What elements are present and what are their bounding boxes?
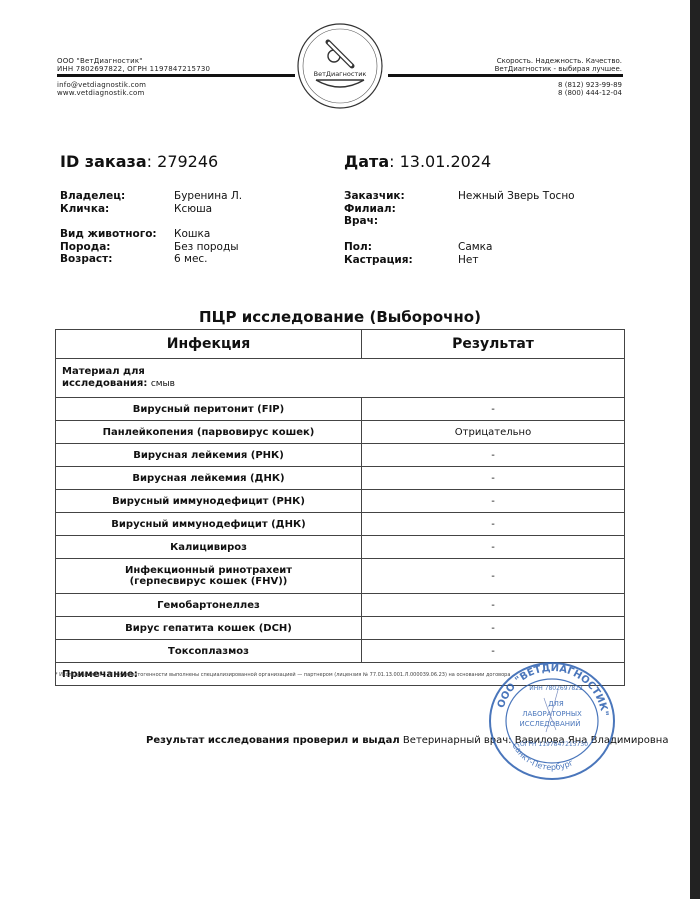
table-row: Панлейкопения (парвовирус кошек)Отрицате… [56, 421, 625, 444]
footnote: * Исследования III - IV групп патогеннос… [55, 672, 510, 678]
company-name: ООО "ВетДиагностик" [57, 57, 210, 65]
customer-value: Нежный Зверь Тосно [458, 190, 575, 203]
age-value: 6 мес. [174, 253, 208, 266]
company-logo: ВетДиагностик [296, 22, 384, 110]
table-row: Вирусный перитонит (FIP)- [56, 398, 625, 421]
slogan-line-2: ВетДиагностик - выбирая лучшее. [495, 65, 622, 73]
castration-value: Нет [458, 254, 478, 267]
branch-label: Филиал: [344, 203, 458, 216]
species-label: Вид животного: [60, 228, 174, 241]
svg-text:ИССЛЕДОВАНИЙ: ИССЛЕДОВАНИЙ [519, 719, 580, 728]
stamp-icon: ООО "ВЕТДИАГНОСТИК" Санкт-Петербург ДЛЯ … [486, 660, 618, 782]
table-row: Вирусная лейкемия (ДНК)- [56, 467, 625, 490]
order-date: Дата: 13.01.2024 [344, 152, 491, 171]
animal-info-right: Пол:Самка Кастрация:Нет [344, 241, 492, 266]
animal-info-left: Вид животного:Кошка Порода:Без породы Во… [60, 228, 239, 266]
doctor-label: Врач: [344, 215, 458, 228]
website-link[interactable]: www.vetdiagnostik.com [57, 89, 210, 97]
company-reg: ИНН 7802697822, ОГРН 1197847215730 [57, 65, 210, 73]
age-label: Возраст: [60, 253, 174, 266]
patient-info-left: Владелец:Буренина Л. Кличка:Ксюша [60, 190, 242, 215]
email-link[interactable]: info@vetdiagnostik.com [57, 81, 210, 89]
table-row: Вирусный иммунодефицит (ДНК)- [56, 513, 625, 536]
phone-1[interactable]: 8 (812) 923-99-89 [495, 81, 622, 89]
slogan-line-1: Скорость. Надежность. Качество. [495, 57, 622, 65]
breed-label: Порода: [60, 241, 174, 254]
table-row: Вирусный иммунодефицит (РНК)- [56, 490, 625, 513]
customer-label: Заказчик: [344, 190, 458, 203]
order-id-value: : 279246 [147, 152, 219, 171]
table-title: ПЦР исследование (Выборочно) [55, 308, 625, 326]
castration-label: Кастрация: [344, 254, 458, 267]
svg-text:ИНН 7802697822: ИНН 7802697822 [529, 685, 583, 692]
header-rule-left [57, 74, 295, 77]
viewer-edge [690, 0, 700, 899]
company-info: ООО "ВетДиагностик" ИНН 7802697822, ОГРН… [57, 57, 210, 97]
pcr-results-table: Инфекция Результат Материал для исследов… [55, 329, 625, 686]
column-header-infection: Инфекция [56, 330, 362, 359]
species-value: Кошка [174, 228, 210, 241]
order-date-value: : 13.01.2024 [389, 152, 491, 171]
table-row: Инфекционный ринотрахеит(герпесвирус кош… [56, 559, 625, 594]
order-info-right: Заказчик:Нежный Зверь Тосно Филиал: Врач… [344, 190, 575, 228]
phone-2[interactable]: 8 (800) 444-12-04 [495, 89, 622, 97]
company-slogan: Скорость. Надежность. Качество. ВетДиагн… [495, 57, 622, 97]
sex-label: Пол: [344, 241, 458, 254]
sex-value: Самка [458, 241, 492, 254]
order-id: ID заказа: 279246 [60, 152, 218, 171]
svg-text:ОГРН 1197847215730: ОГРН 1197847215730 [520, 741, 588, 748]
table-row: Калицивироз- [56, 536, 625, 559]
column-header-result: Результат [362, 330, 625, 359]
breed-value: Без породы [174, 241, 239, 254]
owner-value: Буренина Л. [174, 190, 242, 203]
table-row: Вирусная лейкемия (РНК)- [56, 444, 625, 467]
pet-name-value: Ксюша [174, 203, 212, 216]
material-value: смыв [151, 379, 175, 389]
owner-label: Владелец: [60, 190, 174, 203]
svg-text:ВетДиагностик: ВетДиагностик [314, 70, 367, 78]
svg-text:ДЛЯ: ДЛЯ [548, 700, 564, 708]
table-row: Вирус гепатита кошек (DCH)- [56, 617, 625, 640]
pet-name-label: Кличка: [60, 203, 174, 216]
table-row: Гемобартонеллез- [56, 594, 625, 617]
material-row: Материал для исследования: смыв [56, 359, 625, 398]
